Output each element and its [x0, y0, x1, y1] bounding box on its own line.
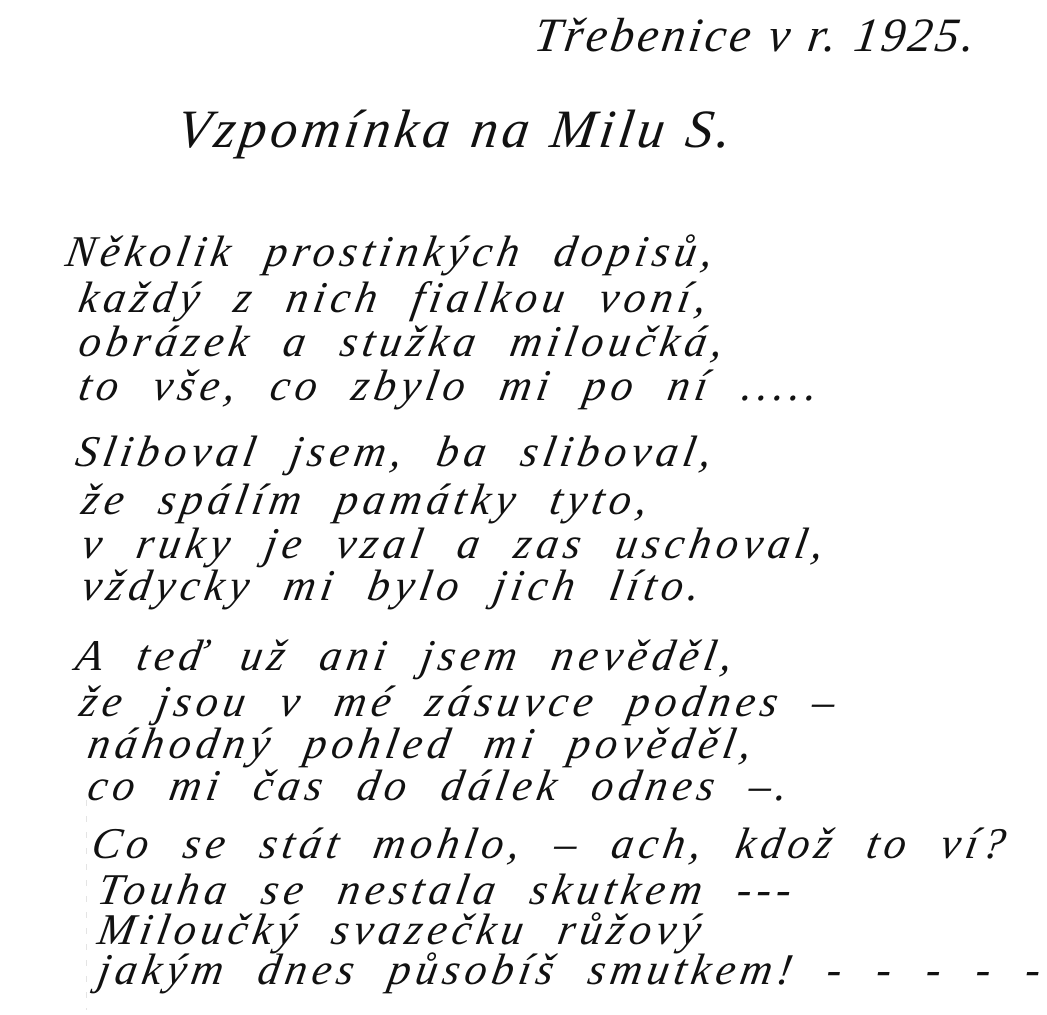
place-and-date: Třebenice v r. 1925. [531, 8, 981, 63]
poem-line: Několik prostinkých dopisů, [62, 226, 722, 277]
poem-line: Sliboval jsem, ba sliboval, [72, 426, 721, 477]
poem-line: Co se stát mohlo, – ach, kdož to ví? [88, 818, 1015, 869]
poem-line: to vše, co zbylo mi po ní ..... [75, 360, 827, 411]
poem-line: A teď už ani jsem nevěděl, [72, 630, 742, 681]
poem-title: Vzpomínka na Milu S. [174, 98, 740, 160]
handwritten-page: Třebenice v r. 1925. Vzpomínka na Milu S… [0, 0, 1047, 1015]
poem-line: vždycky mi bylo jich líto. [78, 560, 709, 611]
poem-line: co mi čas do dálek odnes –. [84, 760, 797, 811]
poem-line: jakým dnes působíš smutkem! - - - - - [94, 944, 1047, 995]
faint-margin-line [86, 800, 87, 1010]
